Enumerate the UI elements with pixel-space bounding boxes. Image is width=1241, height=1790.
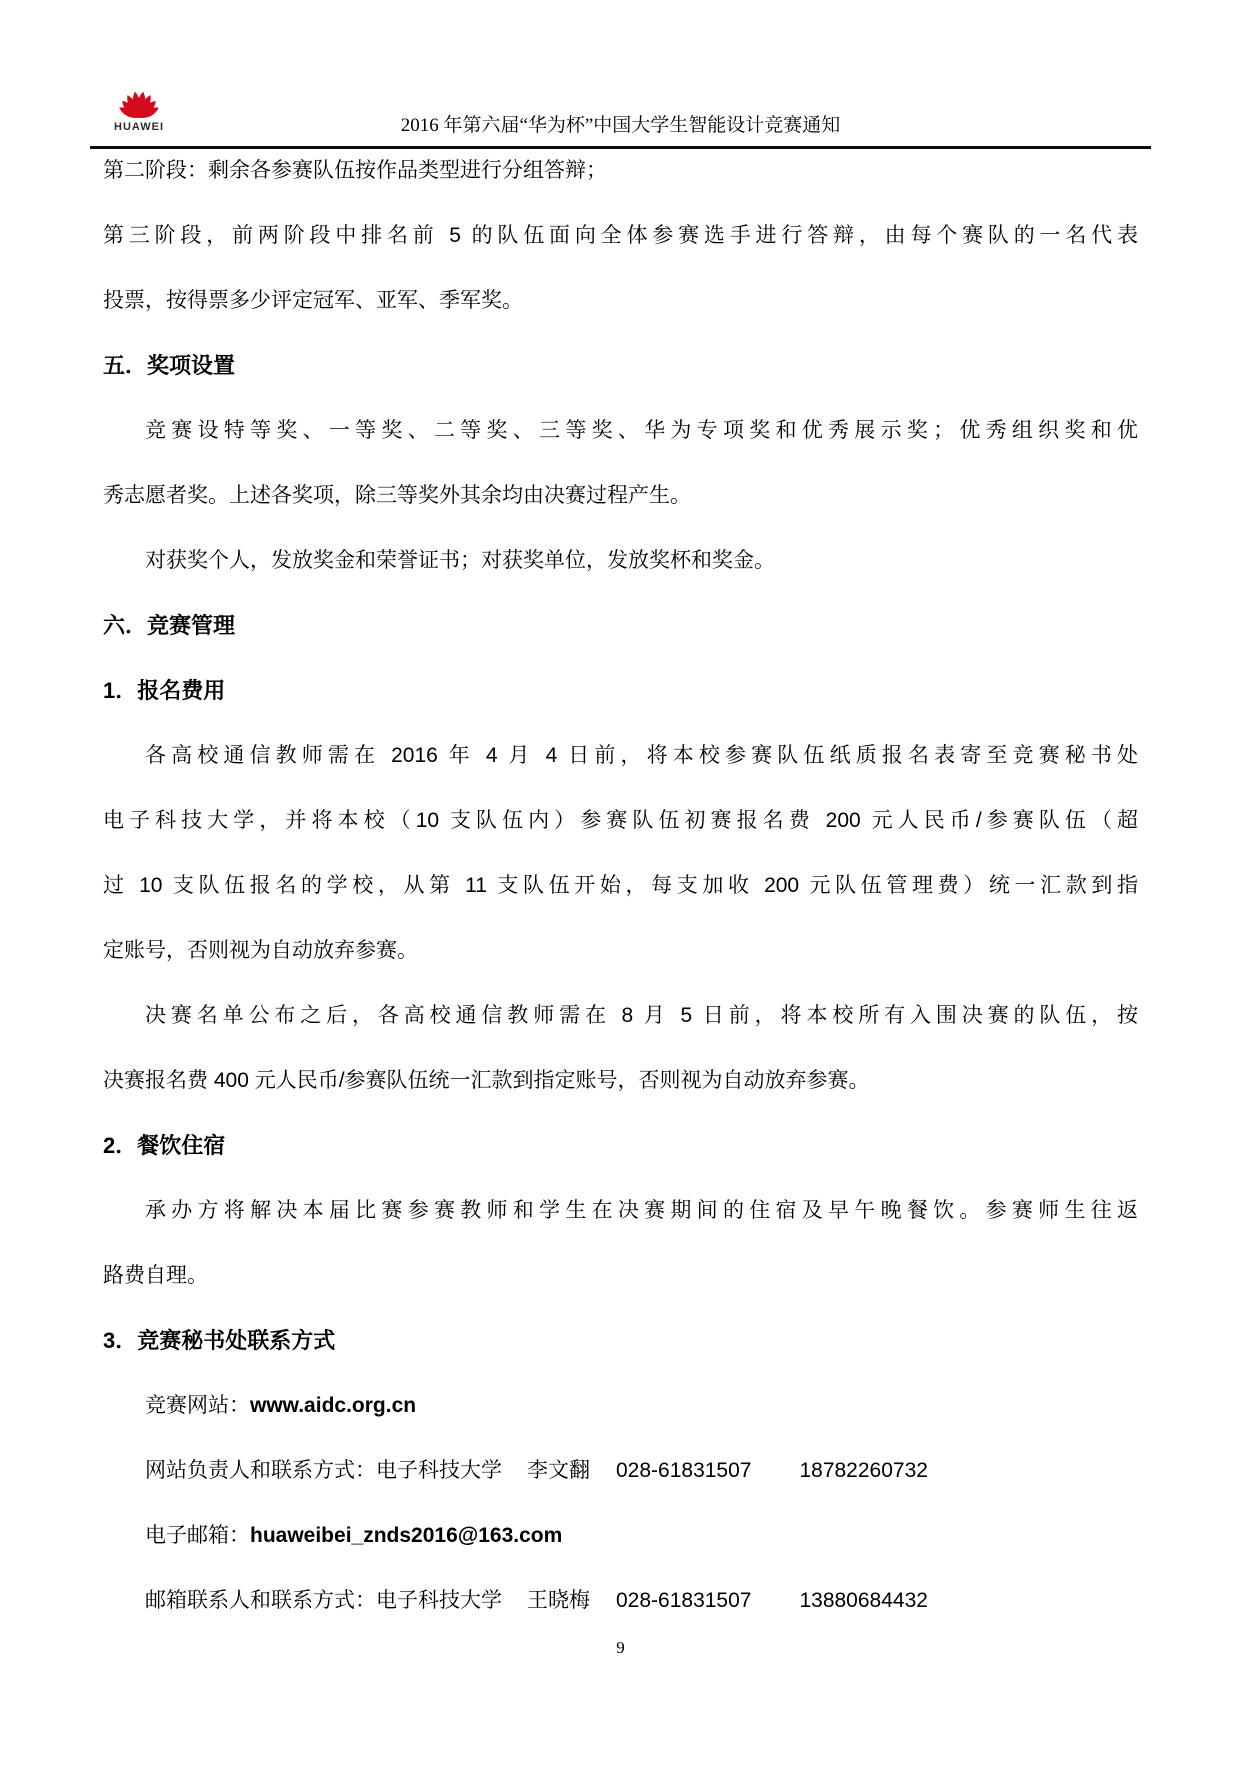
heading-sub2-meals-lodging: 2．餐饮住宿 xyxy=(103,1113,1138,1178)
mail-contact-name: 王晓梅 xyxy=(527,1568,590,1633)
para-stage3-line2: 投票，按得票多少评定冠军、亚军、季军奖。 xyxy=(103,268,1138,333)
para-fee-line2: 电子科技大学，并将本校（10 支队伍内）参赛队伍初赛报名费 200 元人民币/参… xyxy=(103,788,1138,853)
para-lodging-line1: 承办方将解决本届比赛参赛教师和学生在决赛期间的住宿及早午晚餐饮。参赛师生往返 xyxy=(103,1178,1138,1243)
para-lodging-line2: 路费自理。 xyxy=(103,1243,1138,1308)
para-stage2: 第二阶段：剩余各参赛队伍按作品类型进行分组答辩； xyxy=(103,138,1138,203)
para-fee-line5: 决赛名单公布之后，各高校通信教师需在 8 月 5 日前，将本校所有入围决赛的队伍… xyxy=(103,983,1138,1048)
website-url: www.aidc.org.cn xyxy=(250,1373,416,1438)
heading-sub3-secretariat-contact: 3．竞赛秘书处联系方式 xyxy=(103,1308,1138,1373)
para-fee-line1: 各高校通信教师需在 2016 年 4 月 4 日前，将本校参赛队伍纸质报名表寄至… xyxy=(103,723,1138,788)
para-fee-line4: 定账号，否则视为自动放弃参赛。 xyxy=(103,918,1138,983)
para-fee-line6: 决赛报名费 400 元人民币/参赛队伍统一汇款到指定账号，否则视为自动放弃参赛。 xyxy=(103,1048,1138,1113)
web-contact-name: 李文翻 xyxy=(527,1438,590,1503)
email-label: 电子邮箱： xyxy=(145,1503,250,1568)
web-contact-mobile: 18782260732 xyxy=(799,1438,927,1503)
contact-web-person-line: 网站负责人和联系方式：电子科技大学李文翻028-6183150718782260… xyxy=(103,1438,1138,1503)
website-label: 竞赛网站： xyxy=(145,1373,250,1438)
heading-section6-management: 六．竞赛管理 xyxy=(103,593,1138,658)
para-stage3-line1: 第三阶段，前两阶段中排名前 5 的队伍面向全体参赛选手进行答辩，由每个赛队的一名… xyxy=(103,203,1138,268)
heading-section5-awards: 五．奖项设置 xyxy=(103,333,1138,398)
contact-website-line: 竞赛网站：www.aidc.org.cn xyxy=(103,1373,1138,1438)
mail-contact-mobile: 13880684432 xyxy=(799,1568,927,1633)
para-awards-line2: 秀志愿者奖。上述各奖项，除三等奖外其余均由决赛过程产生。 xyxy=(103,463,1138,528)
email-address: huaweibei_znds2016@163.com xyxy=(250,1503,562,1568)
para-fee-line3: 过 10 支队伍报名的学校，从第 11 支队伍开始，每支加收 200 元队伍管理… xyxy=(103,853,1138,918)
para-awards-line3: 对获奖个人，发放奖金和荣誉证书；对获奖单位，发放奖杯和奖金。 xyxy=(103,528,1138,593)
web-contact-phone: 028-61831507 xyxy=(616,1438,751,1503)
heading-sub1-registration-fee: 1．报名费用 xyxy=(103,658,1138,723)
mail-contact-label: 邮箱联系人和联系方式：电子科技大学 xyxy=(145,1568,502,1633)
para-awards-line1: 竞赛设特等奖、一等奖、二等奖、三等奖、华为专项奖和优秀展示奖；优秀组织奖和优 xyxy=(103,398,1138,463)
contact-email-line: 电子邮箱：huaweibei_znds2016@163.com xyxy=(103,1503,1138,1568)
mail-contact-phone: 028-61831507 xyxy=(616,1568,751,1633)
page-title: 2016 年第六届“华为杯”中国大学生智能设计竞赛通知 xyxy=(0,110,1241,137)
web-contact-label: 网站负责人和联系方式：电子科技大学 xyxy=(145,1438,502,1503)
page-number: 9 xyxy=(0,1638,1241,1658)
contact-mail-person-line: 邮箱联系人和联系方式：电子科技大学王晓梅028-6183150713880684… xyxy=(103,1568,1138,1633)
document-body: 第二阶段：剩余各参赛队伍按作品类型进行分组答辩； 第三阶段，前两阶段中排名前 5… xyxy=(103,138,1138,1633)
